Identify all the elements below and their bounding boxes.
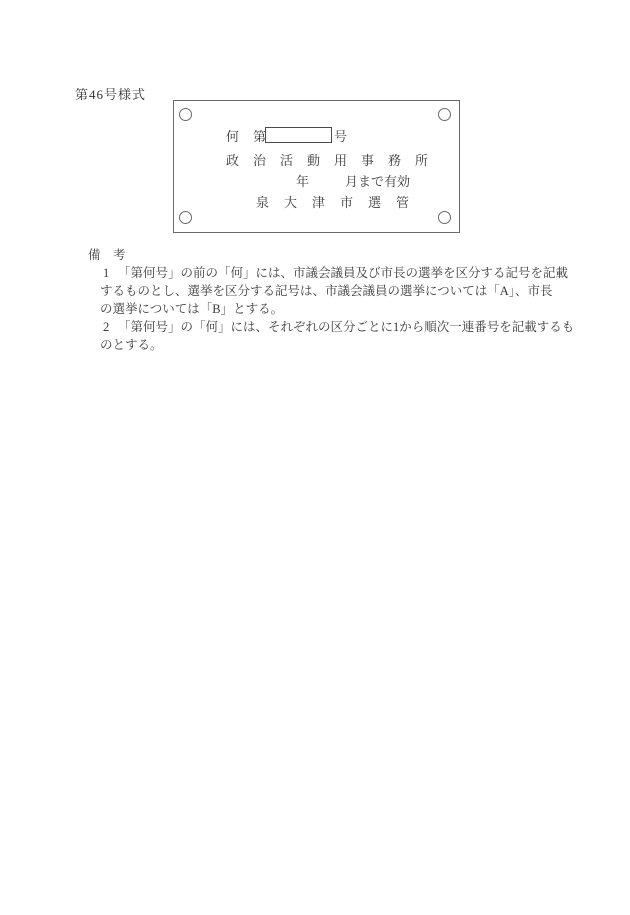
plate-office-label: 政治活動用事務所 — [226, 150, 442, 169]
plate-izumiotsu-senkan-label: 泉大津市選管 — [256, 192, 424, 211]
plate-nan-label: 何 — [226, 126, 239, 145]
plate-valid-until-label: 月まで有効 — [345, 171, 410, 190]
remark-line-text: 「第何号」の「何」には、それぞれの区分ごとに1から順次一連番号を記載するも — [118, 318, 574, 336]
remark-item-2-line-2: のとする。 — [0, 336, 630, 354]
corner-hole-top-right-icon — [438, 108, 451, 121]
corner-hole-top-left-icon — [179, 108, 192, 121]
remark-line-text: するものとし、選挙を区分する記号は、市議会議員の選挙については「A」、市長 — [100, 282, 553, 300]
remark-item-1-line-2: するものとし、選挙を区分する記号は、市議会議員の選挙については「A」、市長 — [0, 282, 630, 300]
remark-item-1-line-3: の選挙については「B」とする。 — [0, 300, 630, 318]
remarks-heading: 備 考 — [88, 246, 630, 264]
signboard-plate: 何 第 号 政治活動用事務所 年 月まで有効 泉大津市選管 — [173, 100, 460, 233]
corner-hole-bottom-right-icon — [438, 211, 451, 224]
document-page: 第46号様式 何 第 号 政治活動用事務所 年 月まで有効 泉大津市選管 備 考… — [0, 0, 630, 915]
remark-item-2-line-1: 2 「第何号」の「何」には、それぞれの区分ごとに1から順次一連番号を記載するも — [0, 318, 630, 336]
remark-line-text: 「第何号」の前の「何」には、市議会議員及び市長の選挙を区分する記号を記載 — [118, 264, 568, 282]
number-input-box[interactable] — [265, 127, 332, 143]
remark-line-text: の選挙については「B」とする。 — [100, 300, 283, 318]
corner-hole-bottom-left-icon — [179, 211, 192, 224]
plate-gou-label: 号 — [334, 126, 347, 145]
remark-item-number: 2 — [103, 318, 109, 336]
form-number-label: 第46号様式 — [75, 84, 146, 103]
plate-year-label: 年 — [296, 171, 309, 190]
remark-item-number: 1 — [103, 264, 109, 282]
remark-line-text: のとする。 — [100, 336, 163, 354]
remark-item-1-line-1: 1 「第何号」の前の「何」には、市議会議員及び市長の選挙を区分する記号を記載 — [0, 264, 630, 282]
remarks-section: 備 考 1 「第何号」の前の「何」には、市議会議員及び市長の選挙を区分する記号を… — [0, 246, 630, 354]
